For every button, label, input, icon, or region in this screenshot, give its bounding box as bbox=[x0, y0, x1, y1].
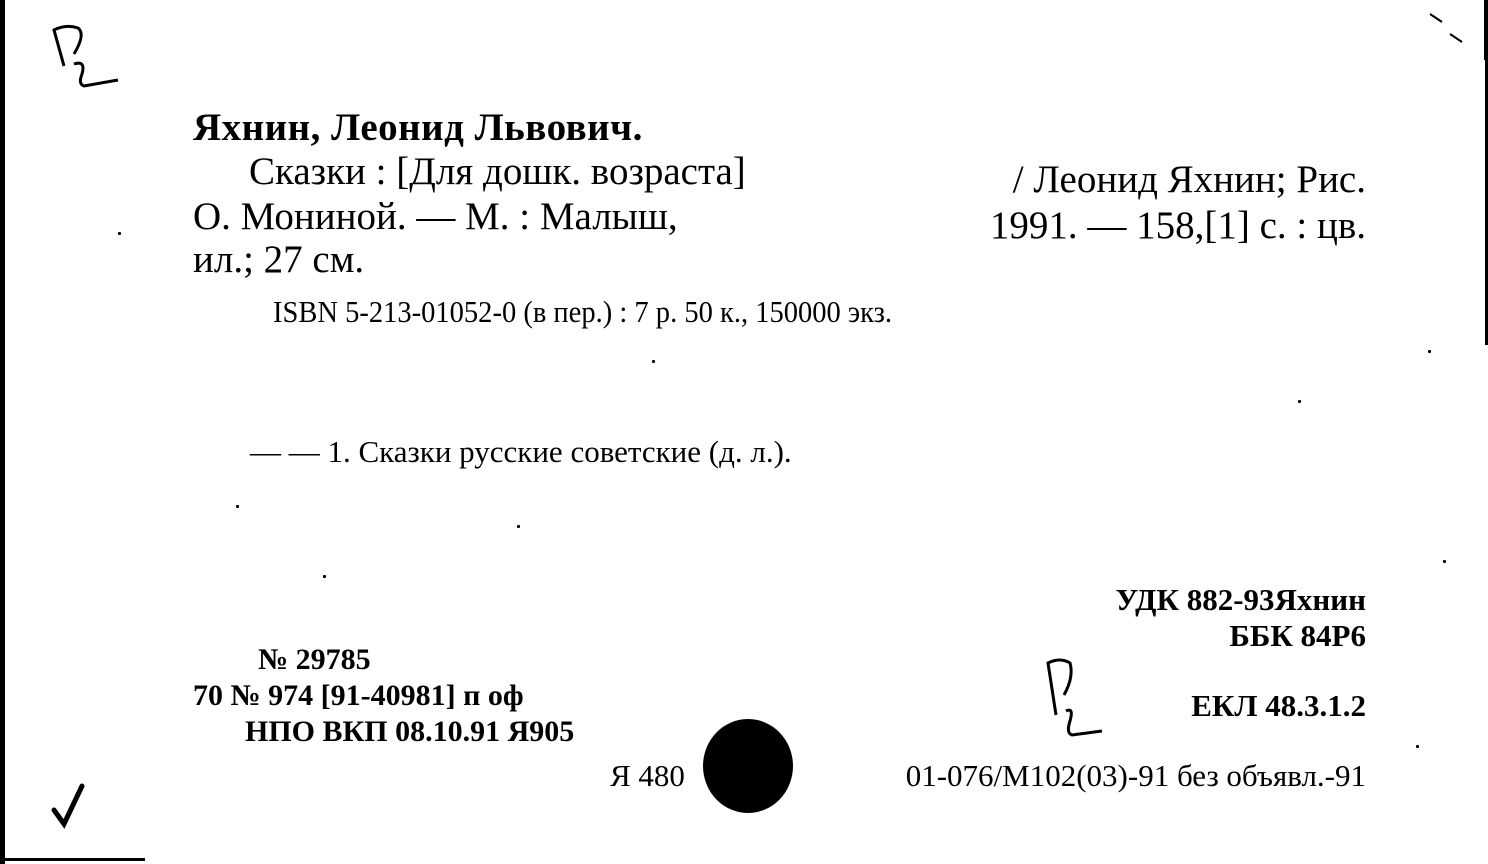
ekl-classification: ЕКЛ 48.3.1.2 bbox=[1191, 690, 1366, 721]
handwritten-p2-top-icon bbox=[50, 22, 120, 92]
speck bbox=[652, 360, 655, 363]
title-line-2: О. Мониной. — М. : Малыш, bbox=[193, 197, 678, 236]
check-mark-icon bbox=[50, 782, 90, 832]
udk-classification: УДК 882-93Яхнин bbox=[1116, 584, 1366, 615]
code-line-right: 01-076/М102(03)-91 без объявл.-91 bbox=[906, 760, 1366, 791]
subject-heading: — — 1. Сказки русские советские (д. л.). bbox=[250, 436, 792, 467]
speck bbox=[236, 505, 239, 508]
speck bbox=[323, 575, 326, 578]
title-line-1-responsibility: / Леонид Яхнин; Рис. bbox=[1013, 160, 1366, 199]
corner-scratch-icon bbox=[1428, 12, 1478, 52]
speck bbox=[1428, 350, 1431, 353]
title-line-3: ил.; 27 см. bbox=[193, 240, 364, 279]
title-line-1: Сказки : [Для дошк. возраста] bbox=[249, 152, 746, 191]
order-line: 70 № 974 [91-40981] п оф bbox=[193, 681, 524, 711]
card-border-right bbox=[1484, 0, 1488, 60]
bbk-classification: ББК 84Р6 bbox=[1229, 620, 1366, 651]
punch-hole bbox=[703, 719, 793, 813]
speck bbox=[1443, 560, 1446, 563]
speck bbox=[118, 232, 121, 235]
record-number: № 29785 bbox=[258, 645, 371, 675]
printer-line: НПО ВКП 08.10.91 Я905 bbox=[245, 717, 574, 747]
catalog-card: Яхнин, Леонид Львович. Сказки : [Для дош… bbox=[0, 0, 1488, 864]
author-heading: Яхнин, Леонид Львович. bbox=[193, 108, 643, 147]
speck bbox=[517, 525, 520, 528]
speck bbox=[1416, 745, 1419, 748]
card-border-left bbox=[0, 0, 5, 864]
code-line-left: Я 480 bbox=[610, 760, 685, 791]
card-border-bottom bbox=[0, 858, 145, 861]
handwritten-p2-bottom-icon bbox=[1040, 655, 1110, 745]
isbn-line: ISBN 5-213-01052-0 (в пер.) : 7 р. 50 к.… bbox=[273, 296, 892, 327]
title-line-2-pagination: 1991. — 158,[1] с. : цв. bbox=[990, 206, 1366, 245]
speck bbox=[1298, 400, 1301, 403]
